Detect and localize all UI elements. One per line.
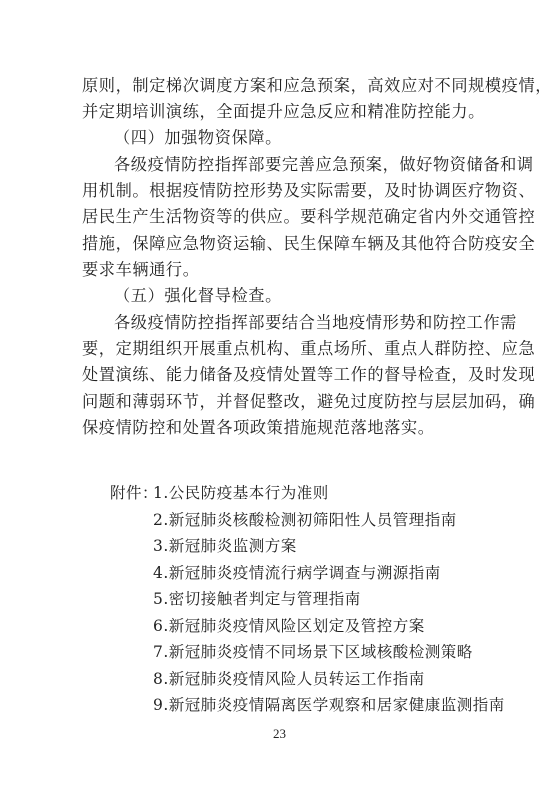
attachment-item: 8.新冠肺炎疫情风险人员转运工作指南 [153, 666, 425, 692]
document-page: 原则，制定梯次调度方案和应急预案，高效应对不同规模疫情， 并定期培训演练，全面提… [0, 0, 559, 793]
attachment-item: 9.新冠肺炎疫情隔离医学观察和居家健康监测指南 [153, 692, 505, 718]
paragraph-line: 要，定期组织开展重点机构、重点场所、重点人群防控、应急 [82, 336, 474, 362]
attachments-label: 附件： [110, 480, 158, 506]
page-number: 23 [0, 726, 559, 742]
paragraph-line: 措施，保障应急物资运输、民生保障车辆及其他符合防疫安全 [82, 231, 474, 257]
attachment-item: 1.公民防疫基本行为准则 [153, 480, 329, 506]
paragraph-line: 并定期培训演练，全面提升应急反应和精准防控能力。 [82, 99, 474, 125]
paragraph-line: 各级疫情防控指挥部要完善应急预案，做好物资储备和调 [114, 152, 474, 178]
paragraph-line: 保疫情防控和处置各项政策措施规范落地落实。 [82, 415, 474, 441]
paragraph-line: 用机制。根据疫情防控形势及实际需要，及时协调医疗物资、 [82, 178, 474, 204]
paragraph-line: 处置演练、能力储备及疫情处置等工作的督导检查，及时发现 [82, 362, 474, 388]
attachment-item: 2.新冠肺炎核酸检测初筛阳性人员管理指南 [153, 507, 457, 533]
paragraph-line: 居民生产生活物资等的供应。要科学规范确定省内外交通管控 [82, 204, 474, 230]
attachment-item: 3.新冠肺炎监测方案 [153, 533, 297, 559]
attachment-item: 7.新冠肺炎疫情不同场景下区域核酸检测策略 [153, 639, 473, 665]
paragraph-line: 问题和薄弱环节，并督促整改，避免过度防控与层层加码，确 [82, 389, 474, 415]
attachment-item: 4.新冠肺炎疫情流行病学调查与溯源指南 [153, 560, 441, 586]
attachment-item: 5.密切接触者判定与管理指南 [153, 586, 361, 612]
section-heading-5: （五）强化督导检查。 [114, 283, 282, 309]
paragraph-line: 各级疫情防控指挥部要结合当地疫情形势和防控工作需 [114, 310, 474, 336]
paragraph-line: 要求车辆通行。 [82, 257, 474, 283]
attachment-item: 6.新冠肺炎疫情风险区划定及管控方案 [153, 613, 425, 639]
paragraph-line: 原则，制定梯次调度方案和应急预案，高效应对不同规模疫情， [82, 73, 474, 99]
section-heading-4: （四）加强物资保障。 [114, 125, 282, 151]
